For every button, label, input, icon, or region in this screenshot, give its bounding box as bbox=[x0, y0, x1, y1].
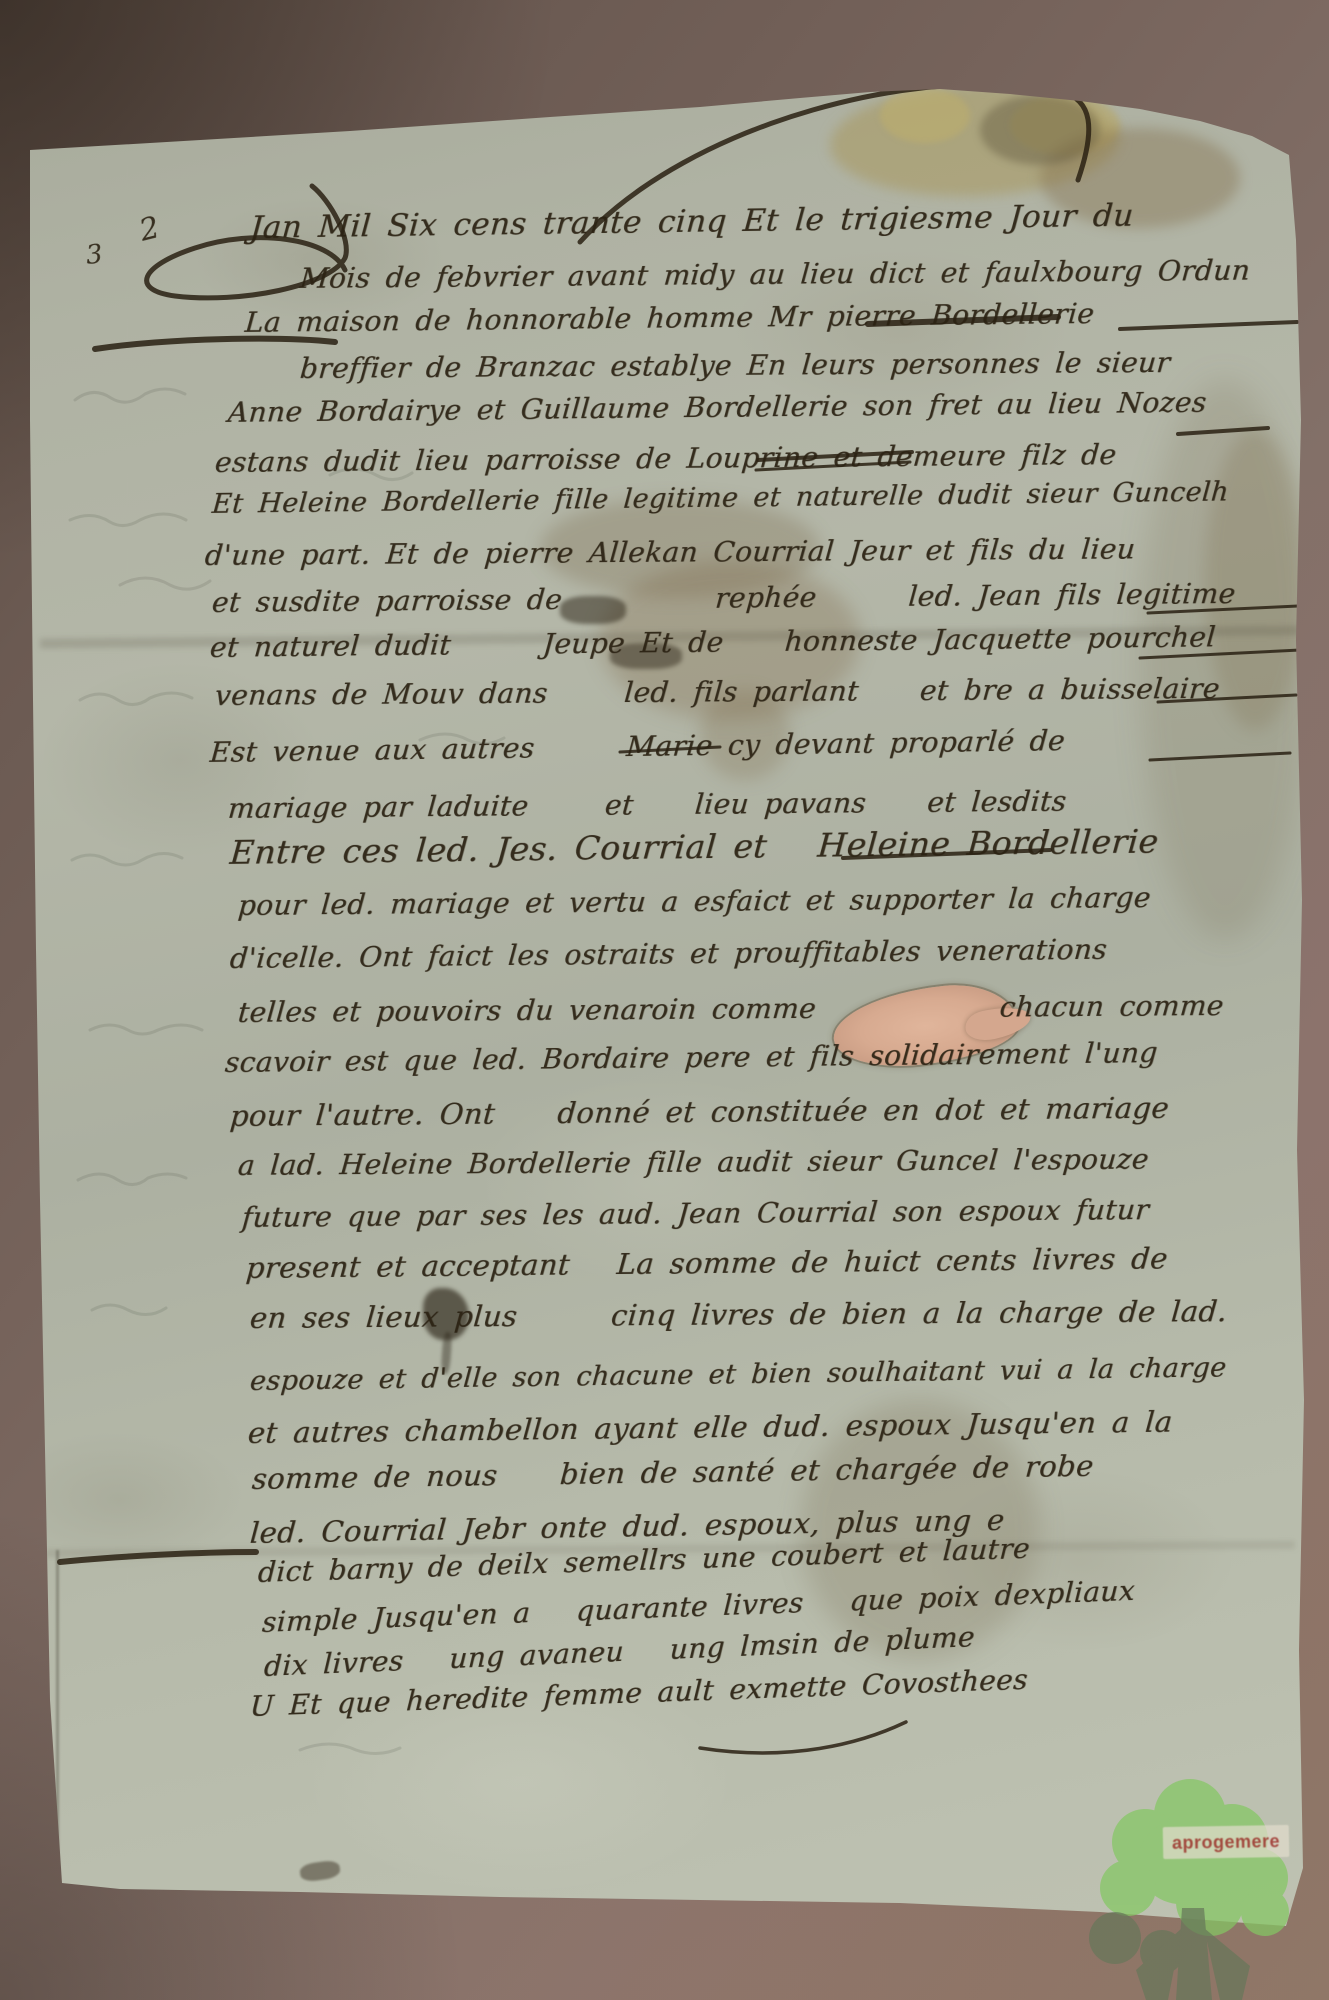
manuscript-line-20: a lad. Heleine Bordellerie fille audit s… bbox=[237, 1143, 1151, 1182]
manuscript-line-13: mariage par laduite et lieu pavans et le… bbox=[227, 785, 1068, 825]
final-flourish bbox=[700, 1722, 906, 1753]
manuscript-line-5: Anne Bordairye et Guillaume Bordellerie … bbox=[227, 386, 1208, 429]
manuscript-line-2: Mois de febvrier avant midy au lieu dict… bbox=[299, 254, 1252, 295]
manuscript-line-18: scavoir est que led. Bordaire pere et fi… bbox=[224, 1036, 1159, 1079]
manuscript-line-15: pour led. mariage et vertu a esfaict et … bbox=[237, 881, 1152, 922]
stain-top-corner-dark bbox=[980, 95, 1100, 165]
manuscript-line-4: breffier de Branzac establye En leurs pe… bbox=[299, 346, 1172, 385]
underline-swash bbox=[95, 339, 335, 349]
manuscript-line-8: d'une part. Et de pierre Allekan Courria… bbox=[204, 532, 1137, 572]
watermark-label: aprogemere bbox=[1163, 1825, 1290, 1859]
manuscript-line-22: present et acceptant La somme de huict c… bbox=[245, 1241, 1169, 1285]
manuscript-line-3: La maison de honnorable homme Mr pierre … bbox=[244, 297, 1096, 339]
manuscript-line-7: Et Heleine Bordellerie fille legitime et… bbox=[211, 477, 1230, 520]
speck-bottom-left bbox=[299, 1859, 341, 1882]
line-end-dash bbox=[1150, 753, 1290, 760]
fold-line-left bbox=[56, 1550, 59, 1890]
manuscript-line-26: somme de nous bien de santé et chargée d… bbox=[251, 1449, 1095, 1496]
manuscript-line-10: et naturel dudit Jeupe Et de honneste Ja… bbox=[209, 620, 1217, 664]
stain-right-band bbox=[1140, 380, 1310, 940]
line-end-dash bbox=[1120, 322, 1297, 329]
margin-mark-1: 2 bbox=[136, 210, 163, 249]
leading-stroke bbox=[60, 1552, 256, 1562]
manuscript-line-6: estans dudit lieu parroisse de Louprine … bbox=[214, 438, 1118, 479]
manuscript-line-17: telles et pouvoirs du venaroin comme cha… bbox=[237, 989, 1225, 1029]
manuscript-line-25: et autres chambellon ayant elle dud. esp… bbox=[247, 1405, 1174, 1450]
manuscript-line-11: venans de Mouv dans led. fils parlant et… bbox=[214, 672, 1221, 712]
manuscript-line-14: Entre ces led. Jes. Courrial et Heleine … bbox=[229, 822, 1160, 872]
manuscript-line-24: espouze et d'elle son chacune et bien so… bbox=[249, 1352, 1228, 1397]
manuscript-line-19: pour l'autre. Ont donné et constituée en… bbox=[229, 1091, 1171, 1133]
manuscript-line-21: future que par ses les aud. Jean Courria… bbox=[241, 1193, 1151, 1234]
stain-torn-corner-yellow2 bbox=[880, 88, 970, 143]
manuscript-line-16: d'icelle. Ont faict les ostraits et prou… bbox=[229, 933, 1109, 975]
stain-torn-corner-yellow bbox=[828, 81, 1122, 201]
margin-mark-2: 3 bbox=[84, 239, 104, 271]
manuscript-line-12: Est venue aux autres Marie cy devant pro… bbox=[209, 724, 1066, 769]
manuscript-line-23: en ses lieux plus cinq livres de bien a … bbox=[249, 1294, 1229, 1335]
manuscript-line-9: et susdite parroisse de rephée led. Jean… bbox=[211, 577, 1237, 619]
manuscript-line-1: Jan Mil Six cens trante cinq Et le trigi… bbox=[249, 198, 1135, 246]
stain-torn-corner-yellow3 bbox=[1010, 95, 1120, 155]
strike-through bbox=[1178, 428, 1268, 434]
manuscript-page: Jan Mil Six cens trante cinq Et le trigi… bbox=[0, 0, 1329, 2000]
watermark-label-text: aprogemere bbox=[1172, 1831, 1280, 1854]
